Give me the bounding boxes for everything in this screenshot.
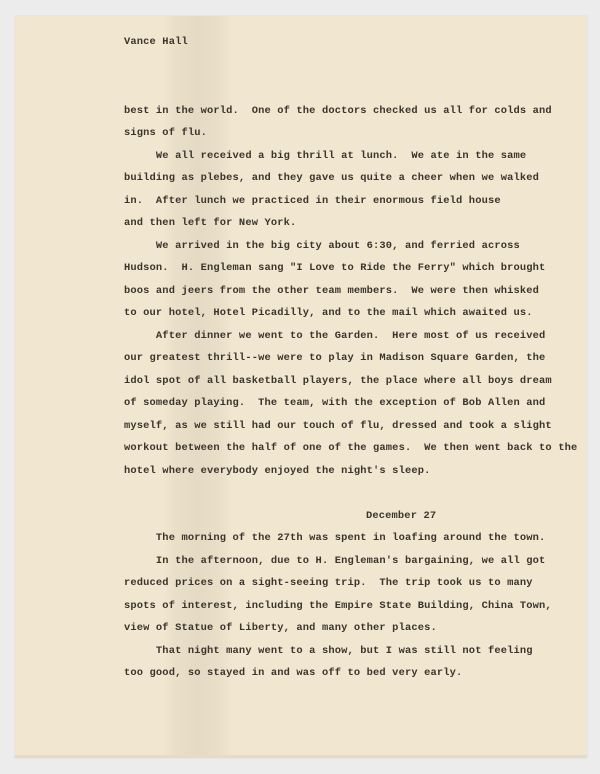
text-line: After dinner we went to the Garden. Here… bbox=[124, 331, 545, 341]
page-header: Vance Hall bbox=[124, 37, 188, 47]
text-line: hotel where everybody enjoyed the night'… bbox=[124, 466, 431, 476]
text-line: signs of flu. bbox=[124, 128, 207, 138]
text-line: boos and jeers from the other team membe… bbox=[124, 286, 539, 296]
text-line: best in the world. One of the doctors ch… bbox=[124, 106, 552, 116]
text-line: That night many went to a show, but I wa… bbox=[124, 646, 533, 656]
text-line: building as plebes, and they gave us qui… bbox=[124, 173, 539, 183]
text-line: We arrived in the big city about 6:30, a… bbox=[124, 241, 520, 251]
text-line: We all received a big thrill at lunch. W… bbox=[124, 151, 526, 161]
text-line: view of Statue of Liberty, and many othe… bbox=[124, 623, 437, 633]
date-heading: December 27 bbox=[366, 511, 436, 521]
text-line: too good, so stayed in and was off to be… bbox=[124, 668, 462, 678]
text-line: reduced prices on a sight-seeing trip. T… bbox=[124, 578, 533, 588]
text-line: idol spot of all basketball players, the… bbox=[124, 376, 552, 386]
text-line: and then left for New York. bbox=[124, 218, 296, 228]
text-line: spots of interest, including the Empire … bbox=[124, 601, 552, 611]
text-line: in. After lunch we practiced in their en… bbox=[124, 196, 501, 206]
text-line: workout between the half of one of the g… bbox=[124, 443, 577, 453]
text-line: of someday playing. The team, with the e… bbox=[124, 398, 545, 408]
text-line: In the afternoon, due to H. Engleman's b… bbox=[124, 556, 545, 566]
text-line: The morning of the 27th was spent in loa… bbox=[124, 533, 545, 543]
text-line: myself, as we still had our touch of flu… bbox=[124, 421, 552, 431]
text-line: to our hotel, Hotel Picadilly, and to th… bbox=[124, 308, 533, 318]
text-line: our greatest thrill--we were to play in … bbox=[124, 353, 545, 363]
text-line: Hudson. H. Engleman sang "I Love to Ride… bbox=[124, 263, 545, 273]
